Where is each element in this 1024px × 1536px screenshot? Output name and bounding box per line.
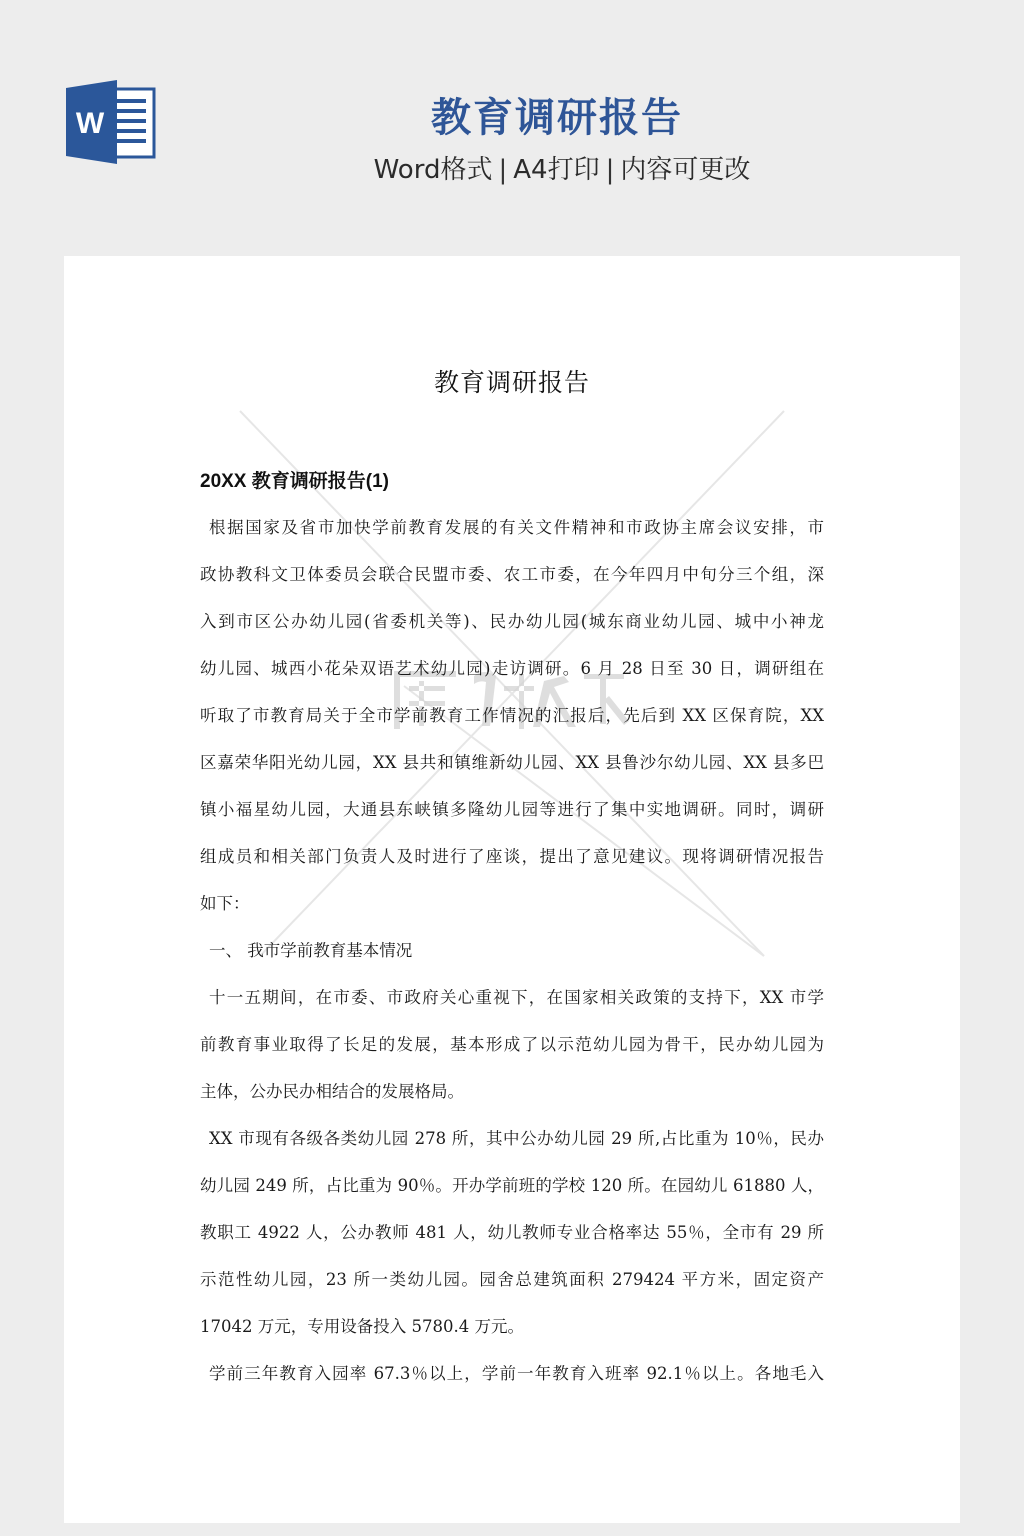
body-line: 政协教科文卫体委员会联合民盟市委、农工市委，在今年四月中旬分三个组，深 bbox=[200, 559, 824, 606]
body-line: 主体，公办民办相结合的发展格局。 bbox=[200, 1076, 824, 1123]
header-subtitle: Word格式|A4打印|内容可更改 bbox=[0, 152, 1024, 188]
body-line: 根据国家及省市加快学前教育发展的有关文件精神和市政协主席会议安排，市 bbox=[200, 512, 824, 559]
body-line: 如下： bbox=[200, 888, 824, 935]
separator: | bbox=[606, 152, 615, 188]
body-line: 十一五期间，在市委、市政府关心重视下，在国家相关政策的支持下，XX 市学 bbox=[200, 982, 824, 1029]
document-title: 教育调研报告 bbox=[64, 366, 960, 400]
body-line: 入到市区公办幼儿园(省委机关等)、民办幼儿园(城东商业幼儿园、城中小神龙 bbox=[200, 606, 824, 653]
body-line: 镇小福星幼儿园，大通县东峡镇多隆幼儿园等进行了集中实地调研。同时，调研 bbox=[200, 794, 824, 841]
body-line: 幼儿园、城西小花朵双语艺术幼儿园)走访调研。6 月 28 日至 30 日，调研组… bbox=[200, 653, 824, 700]
header-title: 教育调研报告 bbox=[0, 92, 1024, 144]
body-line: 听取了市教育局关于全市学前教育工作情况的汇报后，先后到 XX 区保育院，XX bbox=[200, 700, 824, 747]
header-banner: W 教育调研报告 Word格式|A4打印|内容可更改 bbox=[0, 0, 1024, 256]
body-line: XX 市现有各级各类幼儿园 278 所，其中公办幼儿园 29 所,占比重为 10… bbox=[200, 1123, 824, 1170]
subsection-heading: 一、 我市学前教育基本情况 bbox=[200, 935, 824, 982]
format-label: Word格式 bbox=[374, 155, 493, 185]
body-line: 组成员和相关部门负责人及时进行了座谈，提出了意见建议。现将调研情况报告 bbox=[200, 841, 824, 888]
body-line: 17042 万元，专用设备投入 5780.4 万元。 bbox=[200, 1311, 824, 1358]
body-line: 幼儿园 249 所，占比重为 90％。开办学前班的学校 120 所。在园幼儿 6… bbox=[200, 1170, 824, 1217]
body-line: 教职工 4922 人，公办教师 481 人，幼儿教师专业合格率达 55％，全市有… bbox=[200, 1217, 824, 1264]
editable-label: 内容可更改 bbox=[620, 155, 750, 185]
document-page: 教育调研报告 20XX 教育调研报告(1) 根据国家及省市加快学前教育发展的有关… bbox=[64, 256, 960, 1523]
body-line: 前教育事业取得了长足的发展，基本形成了以示范幼儿园为骨干，民办幼儿园为 bbox=[200, 1029, 824, 1076]
print-label: A4打印 bbox=[513, 155, 599, 185]
body-line: 学前三年教育入园率 67.3％以上，学前一年教育入班率 92.1％以上。各地毛入 bbox=[200, 1358, 824, 1405]
separator: | bbox=[498, 152, 507, 188]
section-heading: 20XX 教育调研报告(1) bbox=[200, 466, 389, 498]
body-line: 示范性幼儿园，23 所一类幼儿园。园舍总建筑面积 279424 平方米，固定资产 bbox=[200, 1264, 824, 1311]
document-body: 根据国家及省市加快学前教育发展的有关文件精神和市政协主席会议安排，市 政协教科文… bbox=[200, 512, 824, 1405]
body-line: 区嘉荣华阳光幼儿园，XX 县共和镇维新幼儿园、XX 县鲁沙尔幼儿园、XX 县多巴 bbox=[200, 747, 824, 794]
